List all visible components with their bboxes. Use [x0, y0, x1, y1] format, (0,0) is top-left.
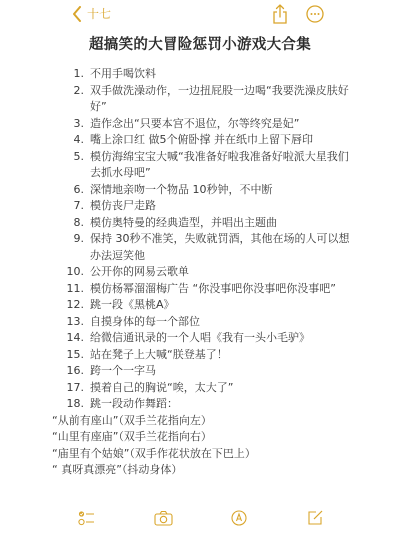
item-text: 跳一段《黑桃A》	[90, 297, 354, 314]
item-text: 不用手喝饮料	[90, 66, 354, 83]
item-text: 模仿海绵宝宝大喊“我准备好啦我准备好啦派大星我们去抓水母吧”	[90, 149, 354, 182]
item-text: 造作念出“只要本宫不退位，尔等终究是妃”	[90, 116, 354, 133]
back-button[interactable]: 十七	[72, 5, 111, 22]
more-options-icon[interactable]	[306, 5, 324, 23]
item-text: 摸着自己的胸说“唉，太大了”	[90, 380, 354, 397]
checklist-icon[interactable]	[78, 510, 96, 526]
bottom-toolbar	[0, 505, 400, 533]
list-item: 11.模仿杨幂溜溜梅广告 “你没事吧你没事吧你没事吧”	[84, 281, 354, 298]
list-item: 2.双手做洗澡动作，一边扭屁股一边喝“我要洗澡皮肤好好”	[84, 83, 354, 116]
item-number: 9.	[52, 231, 90, 264]
list-item: 12.跳一段《黑桃A》	[84, 297, 354, 314]
camera-icon[interactable]	[154, 510, 173, 526]
list-item: 1.不用手喝饮料	[84, 66, 354, 83]
item-number: 18.	[52, 396, 90, 413]
item-number: 8.	[52, 215, 90, 232]
list-item: 10.公开你的网易云歌单	[84, 264, 354, 281]
dance-line: “山里有座庙”（双手兰花指向右）	[52, 429, 354, 446]
item-text: 深情地亲吻一个物品 10秒钟，不中断	[90, 182, 354, 199]
item-number: 16.	[52, 363, 90, 380]
item-number: 14.	[52, 330, 90, 347]
item-number: 7.	[52, 198, 90, 215]
item-number: 4.	[52, 132, 90, 149]
list-item: 17.摸着自己的胸说“唉，太大了”	[84, 380, 354, 397]
item-text: 跳一段动作舞蹈：	[90, 396, 354, 413]
note-title: 超搞笑的大冒险惩罚小游戏大合集	[0, 33, 400, 54]
item-number: 13.	[52, 314, 90, 331]
item-text: 嘴上涂口红 做5个俯卧撑 并在纸巾上留下唇印	[90, 132, 354, 149]
item-number: 11.	[52, 281, 90, 298]
item-text: 站在凳子上大喊“朕登基了！	[90, 347, 354, 364]
item-number: 6.	[52, 182, 90, 199]
item-number: 15.	[52, 347, 90, 364]
item-text: 保持 30秒不准笑，失败就罚酒，其他在场的人可以想办法逗笑他	[90, 231, 354, 264]
list-item: 16.跨一个一字马	[84, 363, 354, 380]
list-item: 15.站在凳子上大喊“朕登基了！	[84, 347, 354, 364]
note-body[interactable]: 1.不用手喝饮料2.双手做洗澡动作，一边扭屁股一边喝“我要洗澡皮肤好好”3.造作…	[84, 66, 354, 479]
compose-icon[interactable]	[307, 510, 323, 526]
item-text: 公开你的网易云歌单	[90, 264, 354, 281]
list-item: 4.嘴上涂口红 做5个俯卧撑 并在纸巾上留下唇印	[84, 132, 354, 149]
list-item: 14.给微信通讯录的一个人唱《我有一头小毛驴》	[84, 330, 354, 347]
list-item: 3.造作念出“只要本宫不退位，尔等终究是妃”	[84, 116, 354, 133]
item-text: 跨一个一字马	[90, 363, 354, 380]
list-item: 5.模仿海绵宝宝大喊“我准备好啦我准备好啦派大星我们去抓水母吧”	[84, 149, 354, 182]
item-text: 模仿奥特曼的经典造型，并唱出主题曲	[90, 215, 354, 232]
list-item: 6.深情地亲吻一个物品 10秒钟，不中断	[84, 182, 354, 199]
item-number: 10.	[52, 264, 90, 281]
item-number: 2.	[52, 83, 90, 116]
navigation-bar: 十七	[0, 0, 400, 30]
markup-pen-icon[interactable]	[231, 510, 247, 526]
item-number: 12.	[52, 297, 90, 314]
item-text: 双手做洗澡动作，一边扭屁股一边喝“我要洗澡皮肤好好”	[90, 83, 354, 116]
share-icon[interactable]	[272, 4, 288, 24]
item-text: 自摸身体的每一个部位	[90, 314, 354, 331]
list-item: 18.跳一段动作舞蹈：	[84, 396, 354, 413]
back-label: 十七	[87, 5, 111, 22]
dance-line: “庙里有个姑娘”（双手作花状放在下巴上）	[52, 446, 354, 463]
item-number: 1.	[52, 66, 90, 83]
item-number: 17.	[52, 380, 90, 397]
list-item: 9.保持 30秒不准笑，失败就罚酒，其他在场的人可以想办法逗笑他	[84, 231, 354, 264]
chevron-left-icon	[72, 6, 82, 22]
list-item: 8.模仿奥特曼的经典造型，并唱出主题曲	[84, 215, 354, 232]
item-text: 给微信通讯录的一个人唱《我有一头小毛驴》	[90, 330, 354, 347]
item-text: 模仿丧尸走路	[90, 198, 354, 215]
list-item: 7.模仿丧尸走路	[84, 198, 354, 215]
item-text: 模仿杨幂溜溜梅广告 “你没事吧你没事吧你没事吧”	[90, 281, 354, 298]
dance-line: “从前有座山”（双手兰花指向左）	[52, 413, 354, 430]
list-item: 13.自摸身体的每一个部位	[84, 314, 354, 331]
item-number: 5.	[52, 149, 90, 182]
item-number: 3.	[52, 116, 90, 133]
dance-line: “ 真呀真漂亮”（抖动身体）	[52, 462, 354, 479]
